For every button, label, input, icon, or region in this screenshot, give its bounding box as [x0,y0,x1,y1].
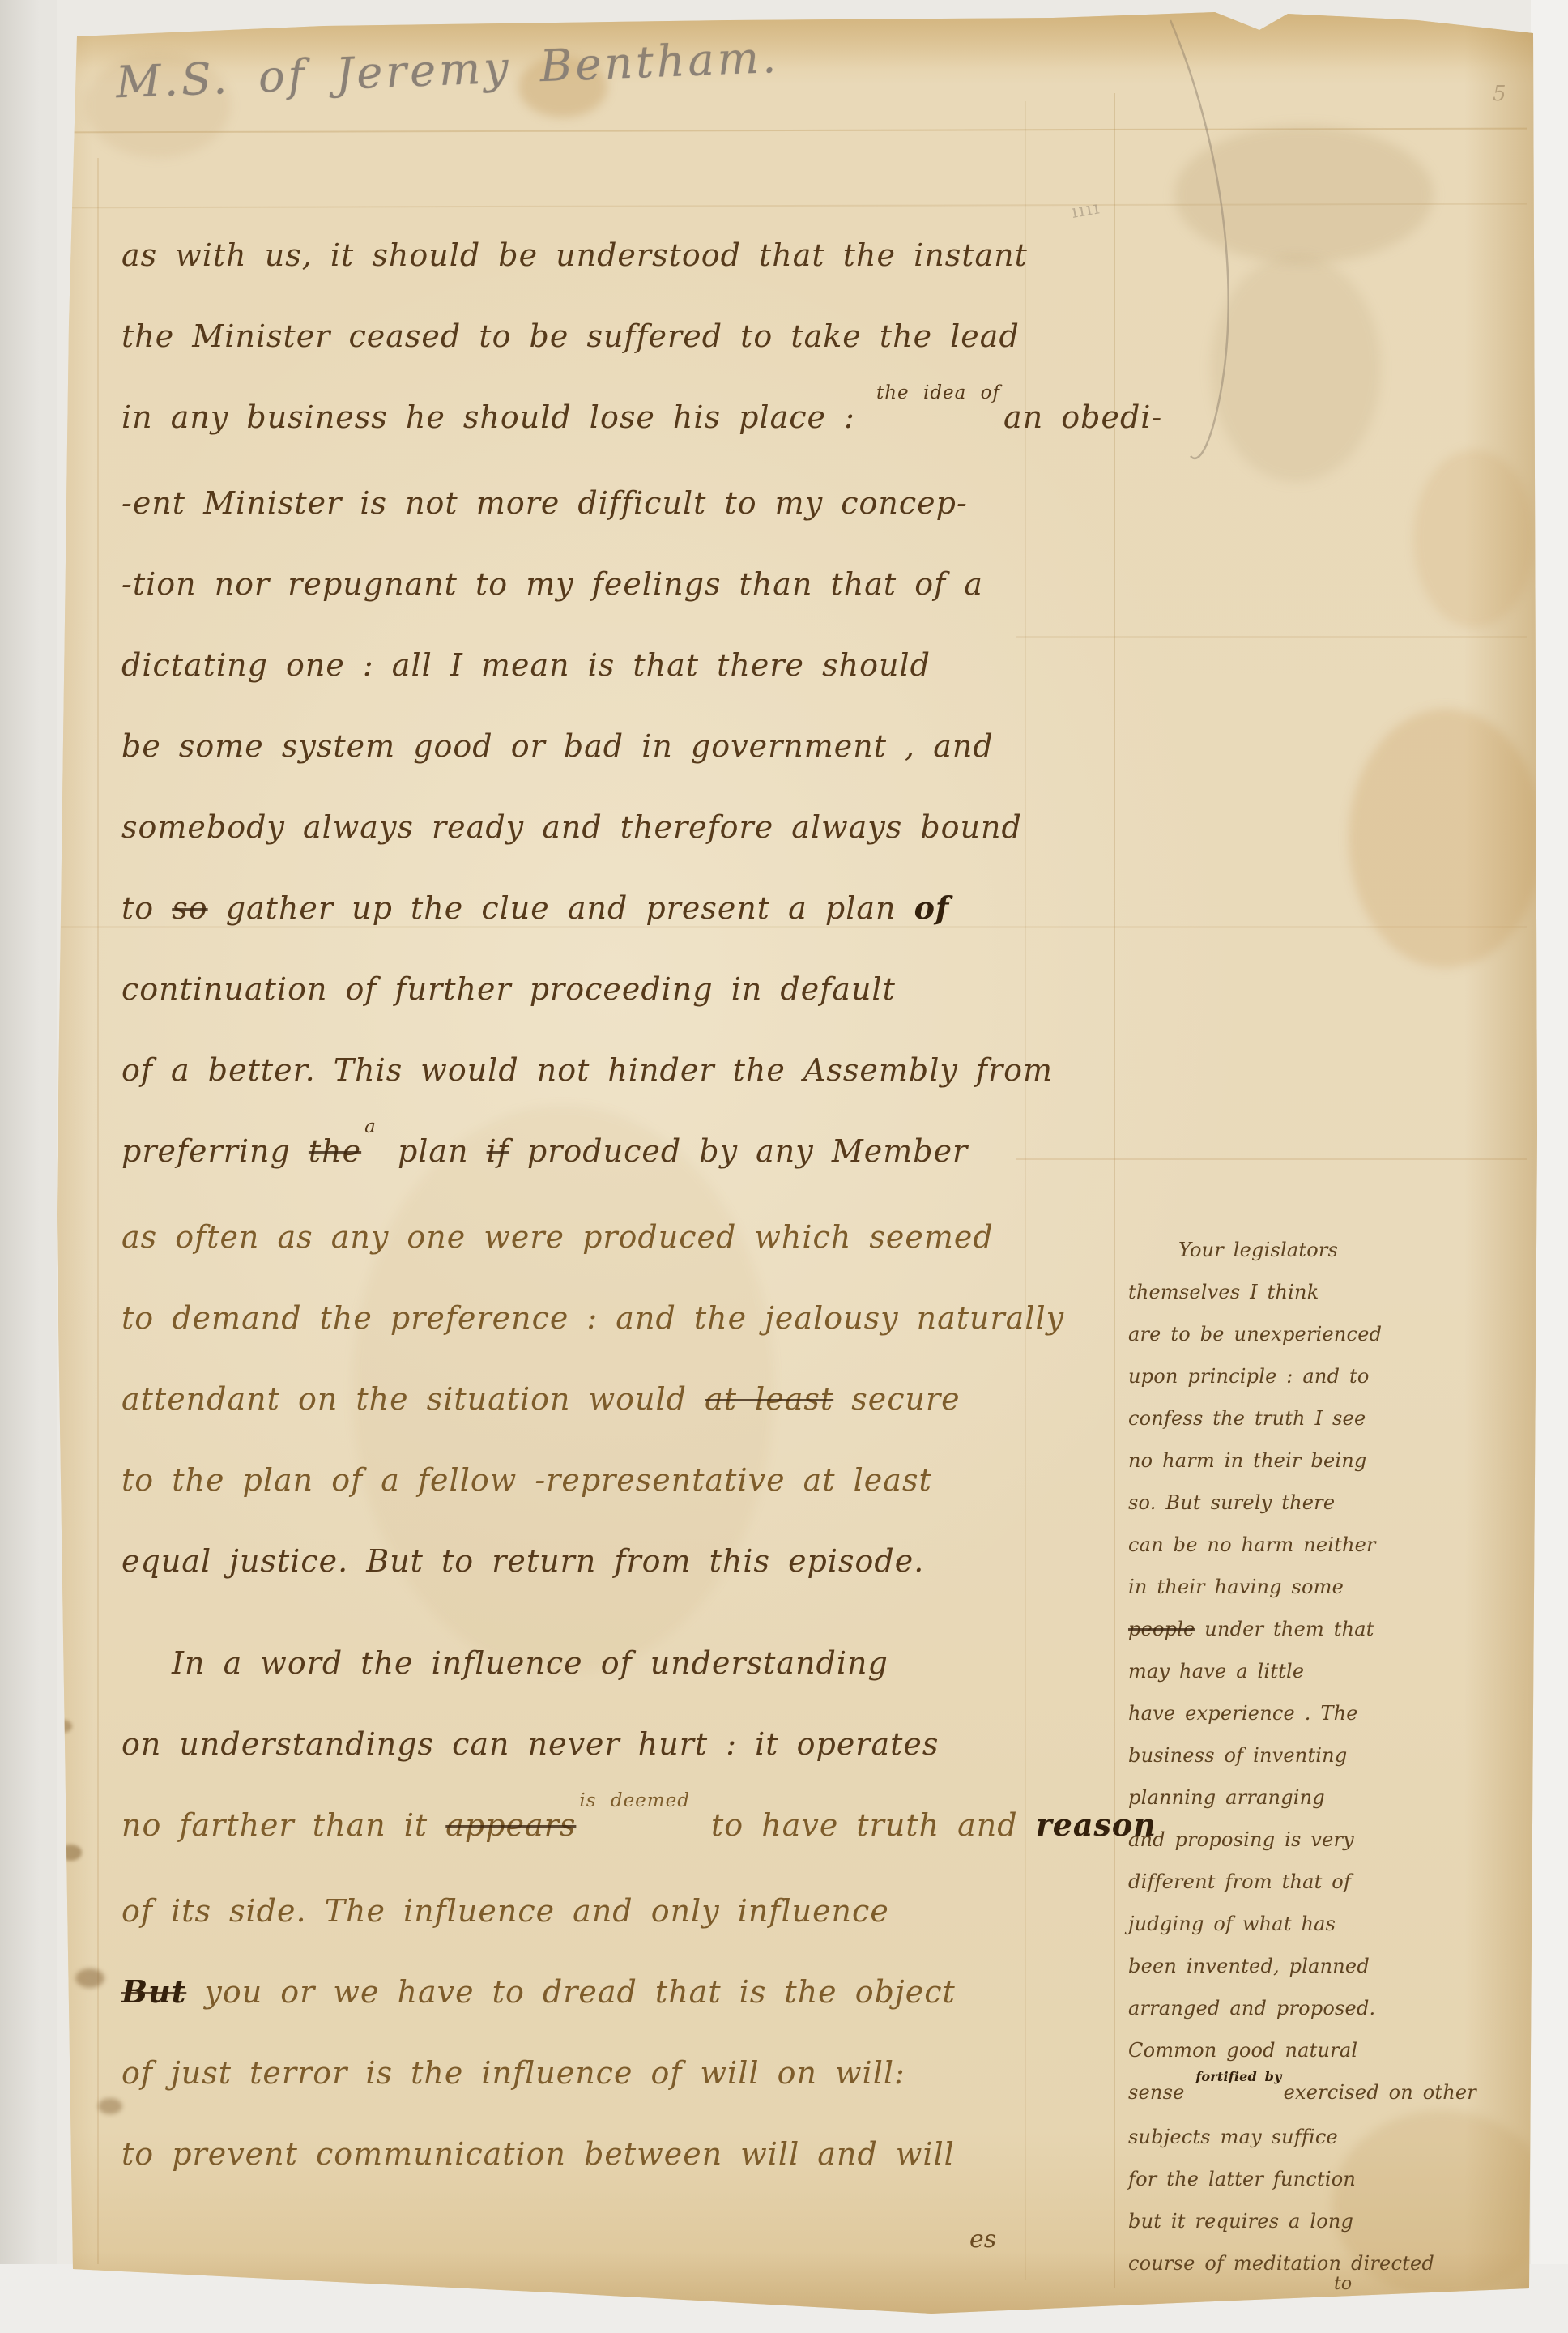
manuscript-page: M.S. of Jeremy Bentham. 5 ıııı as with u… [45,12,1537,2317]
margin-note-line: no harm in their being [1128,1439,1387,1482]
margin-note-line: so. But surely there [1128,1482,1387,1524]
manuscript-line: preferring thea plan if produced by any … [121,1111,1033,1196]
manuscript-line: to the plan of a fellow -representative … [121,1439,1033,1521]
manuscript-line: of a better. This would not hinder the A… [121,1030,1033,1111]
ruled-line [69,128,1527,134]
margin-note-line: arranged and proposed. [1128,1987,1387,2029]
header-inscription: M.S. of Jeremy Bentham. [115,29,846,109]
margin-note-line: but it requires a long [1128,2200,1387,2242]
manuscript-line: somebody always ready and therefore alwa… [121,787,1033,868]
margin-note-line: may have a little [1128,1650,1387,1692]
margin-note-line: and proposing is very [1128,1819,1387,1861]
margin-note-line: have experience . The [1128,1692,1387,1734]
margin-rule-left [97,158,99,2264]
ruled-line [1016,1158,1527,1160]
main-text-block: as with us, it should be understood that… [121,215,1033,2194]
margin-note-line: are to be unexperienced [1128,1313,1387,1355]
margin-note-line: business of inventing [1128,1734,1387,1776]
manuscript-line: to demand the preference : and the jealo… [121,1277,1033,1358]
manuscript-line: of its side. The influence and only infl… [121,1870,1033,1951]
manuscript-line: continuation of further proceeding in de… [121,949,1033,1030]
foxing-spot [54,1720,72,1733]
stain [1413,450,1535,628]
margin-note-line: upon principle : and to [1128,1355,1387,1397]
margin-note-block: Your legislatorsthemselves I thinkare to… [1128,1229,1387,2284]
margin-note-line: different from that of [1128,1861,1387,1903]
foxing-spot [75,1968,104,1988]
manuscript-line: no farther than it appearsis deemed to h… [121,1785,1033,1870]
margin-note-line: judging of what has [1128,1903,1387,1945]
page-corner-mark: 5 [1493,82,1506,106]
manuscript-line: In a word the influence of understanding [121,1623,1033,1704]
manuscript-line: of just terror is the influence of will … [121,2032,1033,2113]
margin-note-line: Your legislators [1128,1229,1387,1271]
margin-note-line: been invented, planned [1128,1945,1387,1987]
margin-note-line: people under them that [1128,1608,1387,1650]
manuscript-line: to prevent communication between will an… [121,2113,1033,2194]
manuscript-line: -ent Minister is not more difficult to m… [121,463,1033,544]
margin-note-line: in their having some [1128,1566,1387,1608]
manuscript-line: as often as any one were produced which … [121,1196,1033,1277]
manuscript-line: But you or we have to dread that is the … [121,1951,1033,2032]
margin-note-line: themselves I think [1128,1271,1387,1313]
foxing-spot [59,1845,82,1861]
photo-mat-left [0,0,57,2333]
pencil-scribble: ıııı [1070,198,1102,223]
manuscript-line: -tion nor repugnant to my feelings than … [121,544,1033,625]
margin-note-line: confess the truth I see [1128,1397,1387,1439]
ink-smudge [1174,126,1434,263]
fold-crease [1016,636,1527,638]
manuscript-line: be some system good or bad in government… [121,706,1033,787]
manuscript-line: attendant on the situation would at leas… [121,1358,1033,1439]
stain [1349,709,1543,968]
margin-note-line: sense fortified byexercised on other [1128,2071,1387,2116]
manuscript-line: equal justice. But to return from this e… [121,1521,1033,1602]
manuscript-line: in any business he should lose his place… [121,377,1033,463]
margin-catchword: to [1334,2274,1352,2294]
margin-note-line: subjects may suffice [1128,2116,1387,2158]
margin-note-line: can be no harm neither [1128,1524,1387,1566]
manuscript-line: on understandings can never hurt : it op… [121,1704,1033,1785]
foxing-spot [98,2098,122,2114]
manuscript-line: to so gather up the clue and present a p… [121,868,1033,949]
ruled-line [69,203,1527,209]
fingerprint-smudge [1211,255,1381,482]
margin-note-line: for the latter function [1128,2158,1387,2200]
margin-note-line: planning arranging [1128,1776,1387,1819]
manuscript-line: as with us, it should be understood that… [121,215,1033,296]
manuscript-line: dictating one : all I mean is that there… [121,625,1033,706]
main-catchword: es [969,2225,996,2254]
